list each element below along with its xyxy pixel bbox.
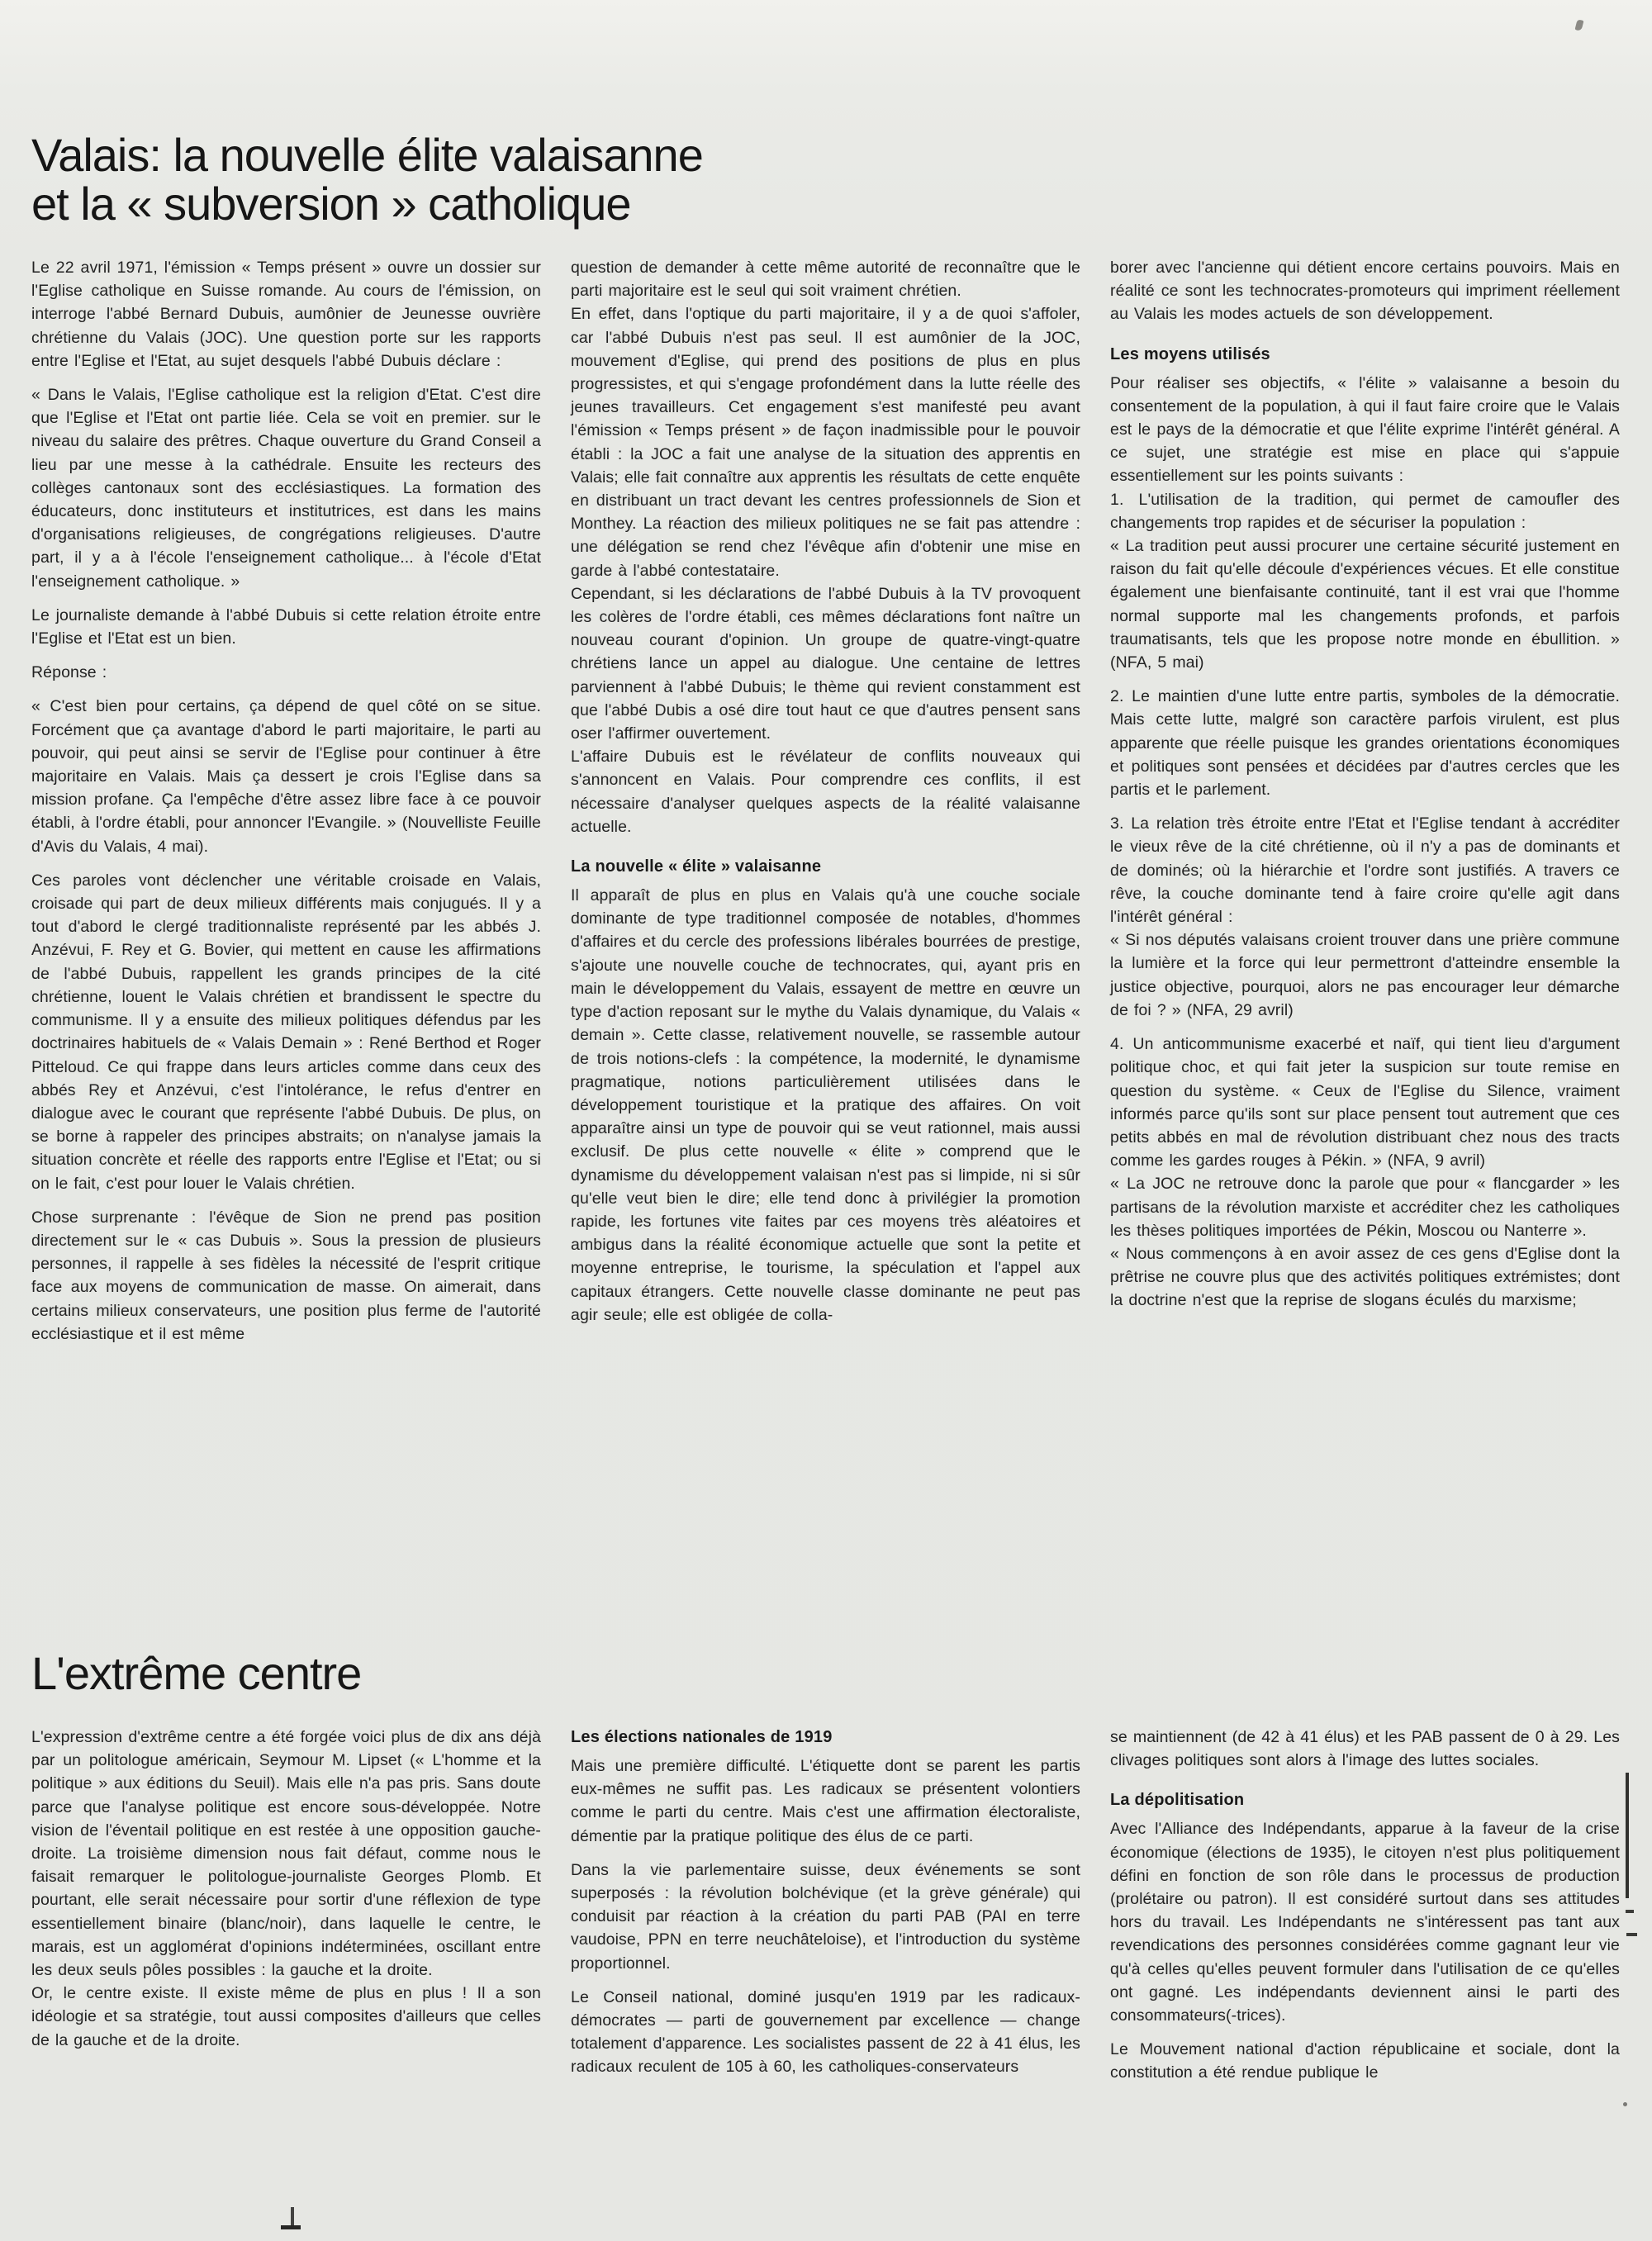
paragraph: Chose surprenante : l'évêque de Sion ne … xyxy=(31,1206,541,1346)
paragraph: 3. La relation très étroite entre l'Etat… xyxy=(1110,812,1620,928)
scan-ink-artifact xyxy=(1575,19,1584,31)
paragraph: Le journaliste demande à l'abbé Dubuis s… xyxy=(31,604,541,650)
paragraph: Il apparaît de plus en plus en Valais qu… xyxy=(571,884,1080,1327)
scan-edge-line-artifact xyxy=(1626,1773,1629,1898)
paragraph: Le Conseil national, dominé jusqu'en 191… xyxy=(571,1986,1080,2079)
paragraph: « La JOC ne retrouve donc la parole que … xyxy=(1110,1172,1620,1242)
paragraph: 4. Un anticommunisme exacerbé et naïf, q… xyxy=(1110,1033,1620,1172)
article-extreme-centre: L'extrême centre L'expression d'extrême … xyxy=(31,1649,1621,2085)
subheading: La nouvelle « élite » valaisanne xyxy=(571,855,1080,878)
scan-bottom-mark-artifact xyxy=(291,2207,294,2227)
article-valais-elite: Valais: la nouvelle élite valaisanne et … xyxy=(31,131,1621,1346)
paragraph: « Nous commençons à en avoir assez de ce… xyxy=(1110,1242,1620,1313)
scan-dot-artifact xyxy=(1623,2102,1627,2106)
paragraph: Or, le centre existe. Il existe même de … xyxy=(31,1982,541,2052)
scan-edge-tick-artifact xyxy=(1626,1910,1634,1913)
paragraph: borer avec l'ancienne qui détient encore… xyxy=(1110,256,1620,326)
paragraph: Dans la vie parlementaire suisse, deux é… xyxy=(571,1859,1080,1975)
paragraph: « Si nos députés valaisans croient trouv… xyxy=(1110,928,1620,1022)
paragraph: Avec l'Alliance des Indépendants, apparu… xyxy=(1110,1817,1620,2027)
paragraph: « Dans le Valais, l'Eglise catholique es… xyxy=(31,383,541,593)
article1-columns: Le 22 avril 1971, l'émission « Temps pré… xyxy=(31,256,1621,1346)
paragraph: 2. Le maintien d'une lutte entre partis,… xyxy=(1110,685,1620,801)
paragraph: En effet, dans l'optique du parti majori… xyxy=(571,302,1080,582)
newspaper-page: Valais: la nouvelle élite valaisanne et … xyxy=(0,0,1652,2241)
paragraph: se maintiennent (de 42 à 41 élus) et les… xyxy=(1110,1726,1620,1772)
article1-column-1: Le 22 avril 1971, l'émission « Temps pré… xyxy=(31,256,541,1346)
paragraph: question de demander à cette même autori… xyxy=(571,256,1080,302)
article1-headline-line2: et la « subversion » catholique xyxy=(31,179,1621,228)
paragraph: L'affaire Dubuis est le révélateur de co… xyxy=(571,745,1080,838)
paragraph: Le Mouvement national d'action républica… xyxy=(1110,2038,1620,2084)
article2-headline-line1: L'extrême centre xyxy=(31,1649,1621,1697)
paragraph: Réponse : xyxy=(31,661,541,684)
paragraph: Mais une première difficulté. L'étiquett… xyxy=(571,1754,1080,1848)
article1-column-3: borer avec l'ancienne qui détient encore… xyxy=(1110,256,1620,1313)
paragraph: Le 22 avril 1971, l'émission « Temps pré… xyxy=(31,256,541,373)
article2-columns: L'expression d'extrême centre a été forg… xyxy=(31,1726,1621,2085)
scan-edge-tick-artifact xyxy=(1626,1933,1637,1936)
article1-headline-line1: Valais: la nouvelle élite valaisanne xyxy=(31,131,1621,179)
paragraph: Ces paroles vont déclencher une véritabl… xyxy=(31,869,541,1195)
article2-column-3: se maintiennent (de 42 à 41 élus) et les… xyxy=(1110,1726,1620,2085)
paragraph: « C'est bien pour certains, ça dépend de… xyxy=(31,695,541,857)
subheading: Les moyens utilisés xyxy=(1110,343,1620,366)
paragraph: Cependant, si les déclarations de l'abbé… xyxy=(571,582,1080,745)
subheading: Les élections nationales de 1919 xyxy=(571,1726,1080,1749)
paragraph: 1. L'utilisation de la tradition, qui pe… xyxy=(1110,488,1620,534)
subheading: La dépolitisation xyxy=(1110,1788,1620,1811)
article2-column-1: L'expression d'extrême centre a été forg… xyxy=(31,1726,541,2052)
paragraph: « La tradition peut aussi procurer une c… xyxy=(1110,534,1620,674)
article2-column-2: Les élections nationales de 1919Mais une… xyxy=(571,1726,1080,2079)
article1-headline: Valais: la nouvelle élite valaisanne et … xyxy=(31,131,1621,228)
paragraph: Pour réaliser ses objectifs, « l'élite »… xyxy=(1110,372,1620,488)
article2-headline: L'extrême centre xyxy=(31,1649,1621,1697)
article1-column-2: question de demander à cette même autori… xyxy=(571,256,1080,1327)
paragraph: L'expression d'extrême centre a été forg… xyxy=(31,1726,541,1982)
